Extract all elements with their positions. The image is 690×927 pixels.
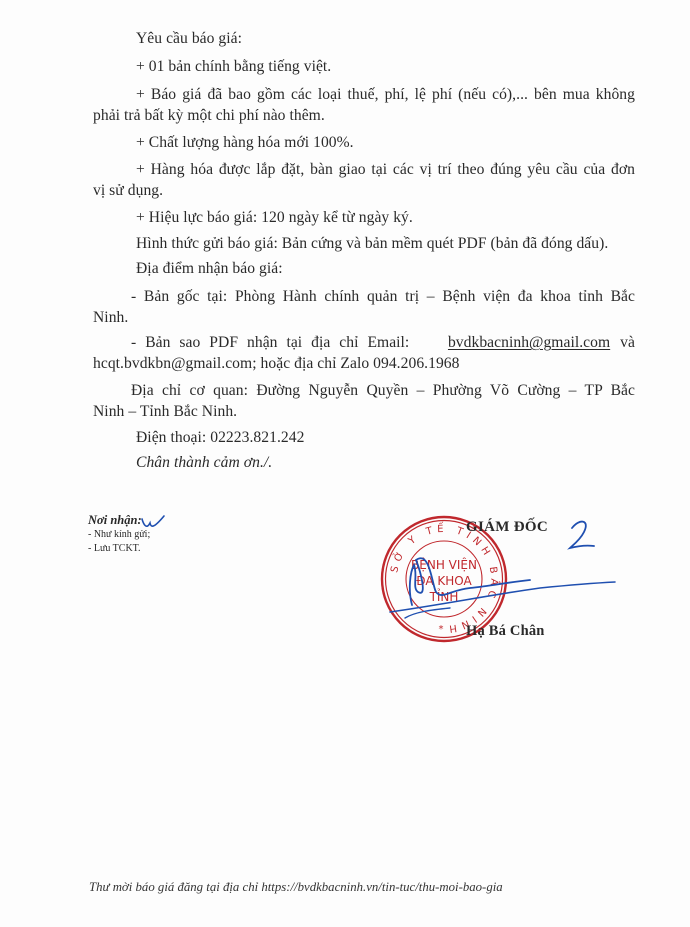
- recipient-item: - Lưu TCKT.: [88, 542, 150, 556]
- original-copy-line: - Bản gốc tại: Phòng Hành chính quản trị…: [131, 287, 635, 307]
- pdf-copy-and: và: [620, 333, 635, 353]
- requirement-item: + Hàng hóa được lắp đặt, bàn giao tại cá…: [136, 160, 635, 180]
- svg-text:*: *: [439, 624, 444, 635]
- document-page: Yêu cầu báo giá: + 01 bản chính bằng tiế…: [0, 0, 690, 927]
- footer-note: Thư mời báo giá đăng tại địa chỉ https:/…: [89, 880, 503, 895]
- phone-number: Điện thoại: 02223.821.242: [136, 428, 304, 448]
- requirement-item: + Báo giá đã bao gồm các loại thuế, phí,…: [136, 85, 635, 105]
- signer-name: Hạ Bá Chân: [466, 623, 545, 640]
- signer-title: GIÁM ĐỐC: [466, 519, 548, 536]
- quote-requirements-heading: Yêu cầu báo giá:: [136, 29, 242, 49]
- pdf-copy-prefix: - Bản sao PDF nhận tại địa chỉ Email:: [131, 333, 409, 353]
- requirement-item: + Chất lượng hàng hóa mới 100%.: [136, 133, 354, 153]
- office-address: Địa chỉ cơ quan: Đường Nguyễn Quyền – Ph…: [131, 381, 635, 401]
- closing-remark: Chân thành cảm ơn./.: [136, 453, 272, 473]
- requirement-item: + Hiệu lực báo giá: 120 ngày kể từ ngày …: [136, 208, 413, 228]
- initial-mark-icon: [140, 514, 166, 532]
- stamp-line: TỈNH: [429, 588, 459, 604]
- stamp-line: ĐA KHOA: [416, 574, 472, 588]
- requirement-item-continued: vị sử dụng.: [93, 181, 163, 201]
- submission-form: Hình thức gửi báo giá: Bản cứng và bản m…: [136, 234, 608, 254]
- pdf-copy-line: - Bản sao PDF nhận tại địa chỉ Email: bv…: [131, 333, 635, 353]
- requirement-item-continued: phải trả bất kỳ một chi phí nào thêm.: [93, 106, 325, 126]
- pdf-copy-line-continued: hcqt.bvdkbn@gmail.com; hoặc địa chỉ Zalo…: [93, 354, 460, 374]
- stamp-line: BỆNH VIỆN: [411, 557, 477, 572]
- requirement-item: + 01 bản chính bằng tiếng việt.: [136, 57, 331, 77]
- email-link[interactable]: bvdkbacninh@gmail.com: [448, 333, 610, 353]
- original-copy-line-continued: Ninh.: [93, 308, 128, 328]
- office-address-continued: Ninh – Tỉnh Bắc Ninh.: [93, 402, 237, 422]
- pdf-copy-email-group: bvdkbacninh@gmail.com và: [448, 333, 635, 353]
- receiving-location-heading: Địa điểm nhận báo giá:: [136, 259, 283, 279]
